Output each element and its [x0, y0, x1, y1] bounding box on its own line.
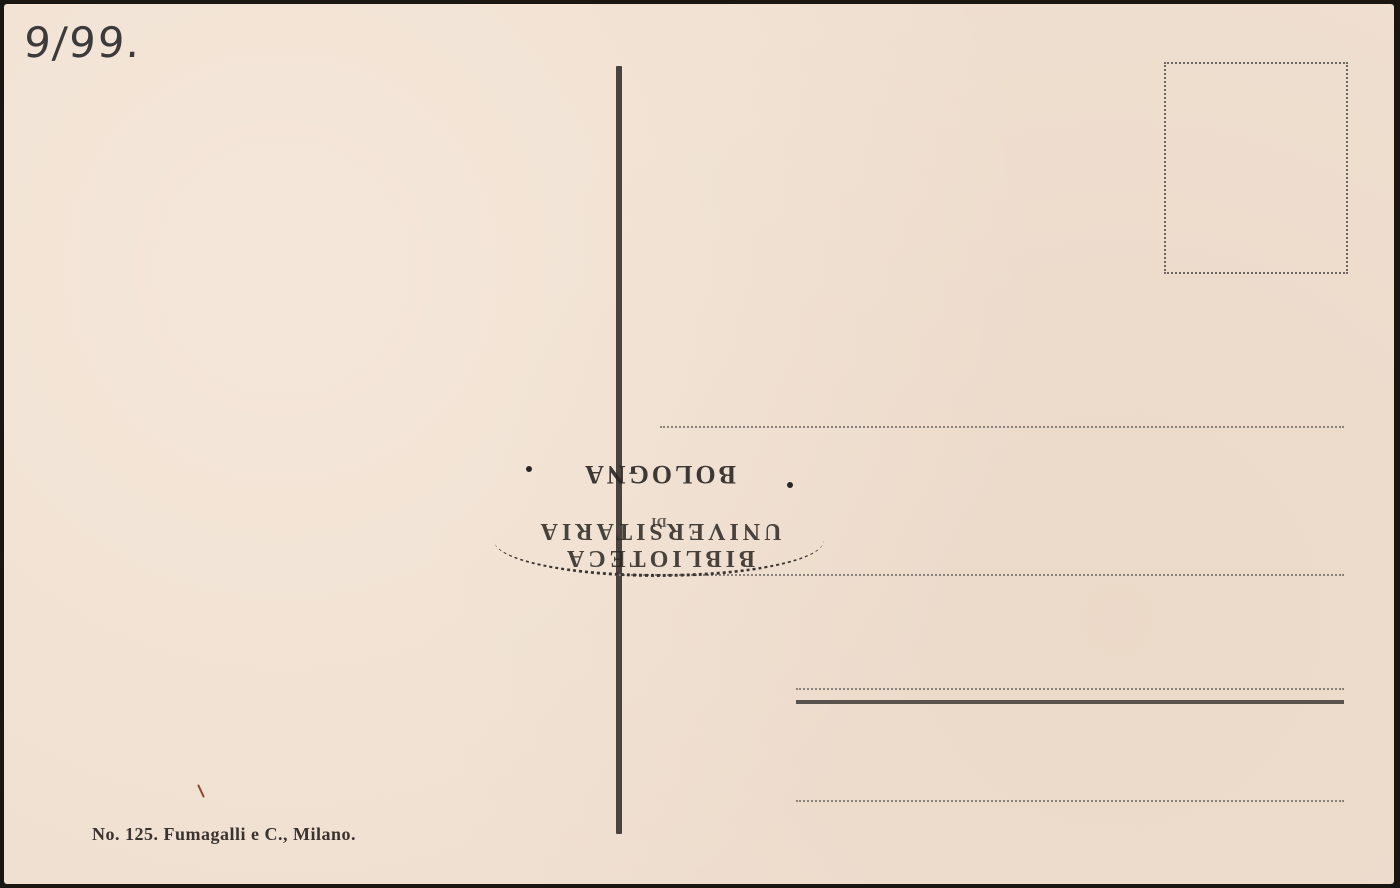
postage-stamp-box [1164, 62, 1348, 274]
address-line-1 [660, 426, 1344, 428]
library-ownership-stamp: BOLOGNA DI BIBLIOTECA UNIVERSITARIA [474, 444, 844, 579]
stamp-dot-right [787, 482, 793, 488]
address-line-3 [796, 688, 1344, 690]
postcard-back: 9/99. BOLOGNA DI BIBLIOTECA UNIVERSITARI… [4, 4, 1394, 884]
stamp-dotted-arc [494, 504, 824, 577]
handwritten-catalog-number: 9/99. [22, 18, 143, 67]
address-line-4 [796, 800, 1344, 802]
publisher-imprint: No. 125. Fumagalli e C., Milano. [92, 824, 356, 845]
address-underline-solid [796, 700, 1344, 704]
paper-speck [197, 784, 205, 798]
stamp-dot-left [526, 466, 532, 472]
